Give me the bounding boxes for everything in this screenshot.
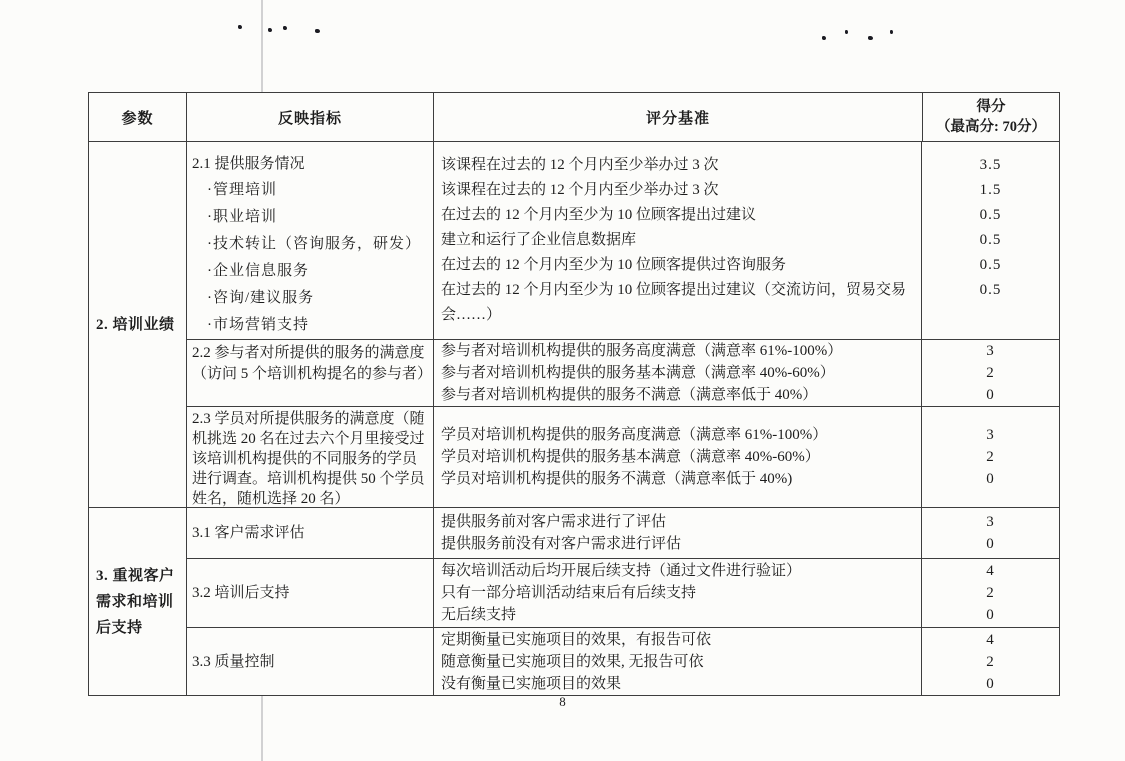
header-indicator: 反映指标 (187, 93, 434, 141)
criteria-text: 参与者对培训机构提供的服务不满意（满意率低于 40%） (434, 384, 922, 406)
criteria-score-cell: 定期衡量已实施项目的效果，有报告可依4 随意衡量已实施项目的效果, 无报告可依2… (434, 628, 1059, 695)
bullet-item: ·咨询/建议服务 (192, 285, 429, 312)
score-value: 2 (922, 446, 1059, 468)
criteria-text: 参与者对培训机构提供的服务高度满意（满意率 61%-100%） (434, 340, 922, 362)
criteria-text: 没有衡量已实施项目的效果 (434, 673, 922, 695)
header-score-title: 得分 (977, 97, 1006, 117)
criteria-text: 无后续支持 (434, 604, 922, 626)
criteria-text: 学员对培训机构提供的服务不满意（满意率低于 40%) (434, 468, 922, 490)
criteria-text: 学员对培训机构提供的服务高度满意（满意率 61%-100%） (434, 424, 922, 446)
ink-speck (868, 36, 873, 40)
param-label: 3. 重视客户需求和培训后支持 (89, 508, 187, 695)
score-value: 3 (922, 424, 1059, 446)
column-divider (921, 142, 922, 339)
bullet-item: ·市场营销支持 (192, 312, 429, 339)
column-divider (921, 628, 922, 695)
criteria-text: 该课程在过去的 12 个月内至少举办过 3 次 (434, 153, 922, 178)
indicator-cell: 2.3 学员对所提供服务的满意度（随机挑选 20 名在过去六个月里接受过该培训机… (187, 407, 434, 507)
section-customer-needs: 3. 重视客户需求和培训后支持 3.1 客户需求评估 提供服务前对客户需求进行了… (89, 508, 1059, 695)
score-value: 4 (922, 560, 1059, 582)
table-row: 2.1 提供服务情况 ·管理培训 ·职业培训 ·技术转让（咨询服务，研发） ·企… (187, 142, 1059, 340)
evaluation-criteria-table: 参数 反映指标 评分基准 得分 （最高分: 70分） 2. 培训业绩 2.1 提… (88, 92, 1060, 696)
score-value: 0 (922, 468, 1059, 490)
scanned-document-page: 参数 反映指标 评分基准 得分 （最高分: 70分） 2. 培训业绩 2.1 提… (0, 0, 1125, 761)
score-value: 0.5 (922, 278, 1059, 303)
criteria-text: 建立和运行了企业信息数据库 (434, 228, 922, 253)
score-value: 0 (922, 533, 1059, 555)
page-number: 8 (0, 694, 1125, 710)
indicator-cell: 3.3 质量控制 (187, 628, 434, 695)
criteria-score-cell: 每次培训活动后均开展后续支持（通过文件进行验证）4 只有一部分培训活动结束后有后… (434, 559, 1059, 627)
indicator-title: 2.1 提供服务情况 (192, 144, 429, 177)
table-row: 2.3 学员对所提供服务的满意度（随机挑选 20 名在过去六个月里接受过该培训机… (187, 407, 1059, 507)
header-score: 得分 （最高分: 70分） (922, 93, 1059, 141)
header-score-max: （最高分: 70分） (936, 117, 1046, 137)
ink-speck (845, 30, 848, 34)
score-value: 0 (922, 673, 1059, 695)
criteria-score-cell: 提供服务前对客户需求进行了评估3 提供服务前没有对客户需求进行评估0 (434, 508, 1059, 558)
score-value: 1.5 (922, 178, 1059, 203)
score-value: 0.5 (922, 228, 1059, 253)
indicator-cell: 3.2 培训后支持 (187, 559, 434, 627)
criteria-text: 该课程在过去的 12 个月内至少举办过 3 次 (434, 178, 922, 203)
score-value: 3 (922, 340, 1059, 362)
table-row: 3.3 质量控制 定期衡量已实施项目的效果，有报告可依4 随意衡量已实施项目的效… (187, 628, 1059, 695)
score-value: 0.5 (922, 253, 1059, 278)
score-value: 3 (922, 511, 1059, 533)
ink-speck (315, 29, 320, 33)
indicator-cell: 3.1 客户需求评估 (187, 508, 434, 558)
column-divider (921, 508, 922, 558)
criteria-text: 在过去的 12 个月内至少为 10 位顾客提出过建议 (434, 203, 922, 228)
indicator-cell: 2.2 参与者对所提供的服务的满意度（访问 5 个培训机构提名的参与者） (187, 340, 434, 406)
ink-speck (238, 25, 242, 29)
criteria-text: 学员对培训机构提供的服务基本满意（满意率 40%-60%） (434, 446, 922, 468)
ink-speck (283, 26, 287, 30)
bullet-item: ·职业培训 (192, 204, 429, 231)
header-criteria: 评分基准 (434, 93, 922, 141)
score-value: 2 (922, 582, 1059, 604)
table-row: 3.1 客户需求评估 提供服务前对客户需求进行了评估3 提供服务前没有对客户需求… (187, 508, 1059, 559)
column-divider (921, 340, 922, 406)
criteria-score-cell: 该课程在过去的 12 个月内至少举办过 3 次3.5 该课程在过去的 12 个月… (434, 142, 1059, 339)
criteria-text: 在过去的 12 个月内至少为 10 位顾客提出过建议（交流访问，贸易交易会……） (434, 278, 922, 328)
ink-speck (822, 36, 826, 40)
criteria-text: 随意衡量已实施项目的效果, 无报告可依 (434, 651, 922, 673)
ink-speck (268, 28, 272, 32)
table-row: 3.2 培训后支持 每次培训活动后均开展后续支持（通过文件进行验证）4 只有一部… (187, 559, 1059, 628)
bullet-item: ·管理培训 (192, 177, 429, 204)
score-value: 2 (922, 651, 1059, 673)
score-value: 3.5 (922, 153, 1059, 178)
column-divider (921, 559, 922, 627)
table-header-row: 参数 反映指标 评分基准 得分 （最高分: 70分） (89, 93, 1059, 142)
score-value: 2 (922, 362, 1059, 384)
criteria-text: 参与者对培训机构提供的服务基本满意（满意率 40%-60%） (434, 362, 922, 384)
criteria-score-cell: 参与者对培训机构提供的服务高度满意（满意率 61%-100%）3 参与者对培训机… (434, 340, 1059, 406)
table-row: 2.2 参与者对所提供的服务的满意度（访问 5 个培训机构提名的参与者） 参与者… (187, 340, 1059, 407)
score-value: 4 (922, 629, 1059, 651)
criteria-text: 提供服务前对客户需求进行了评估 (434, 511, 922, 533)
criteria-text: 提供服务前没有对客户需求进行评估 (434, 533, 922, 555)
bullet-item: ·企业信息服务 (192, 258, 429, 285)
indicator-bullet-list: ·管理培训 ·职业培训 ·技术转让（咨询服务，研发） ·企业信息服务 ·咨询/建… (192, 177, 429, 339)
section-training-performance: 2. 培训业绩 2.1 提供服务情况 ·管理培训 ·职业培训 ·技术转让（咨询服… (89, 142, 1059, 508)
indicator-cell: 2.1 提供服务情况 ·管理培训 ·职业培训 ·技术转让（咨询服务，研发） ·企… (187, 142, 434, 339)
score-value: 0.5 (922, 203, 1059, 228)
criteria-text: 每次培训活动后均开展后续支持（通过文件进行验证） (434, 560, 922, 582)
header-param: 参数 (89, 93, 187, 141)
criteria-text: 定期衡量已实施项目的效果，有报告可依 (434, 629, 922, 651)
column-divider (921, 407, 922, 507)
criteria-text: 只有一部分培训活动结束后有后续支持 (434, 582, 922, 604)
criteria-text: 在过去的 12 个月内至少为 10 位顾客提供过咨询服务 (434, 253, 922, 278)
score-value: 0 (922, 384, 1059, 406)
ink-speck (890, 30, 893, 34)
criteria-score-cell: 学员对培训机构提供的服务高度满意（满意率 61%-100%）3 学员对培训机构提… (434, 407, 1059, 507)
bullet-item: ·技术转让（咨询服务，研发） (192, 231, 429, 258)
score-value: 0 (922, 604, 1059, 626)
param-label: 2. 培训业绩 (89, 142, 187, 507)
